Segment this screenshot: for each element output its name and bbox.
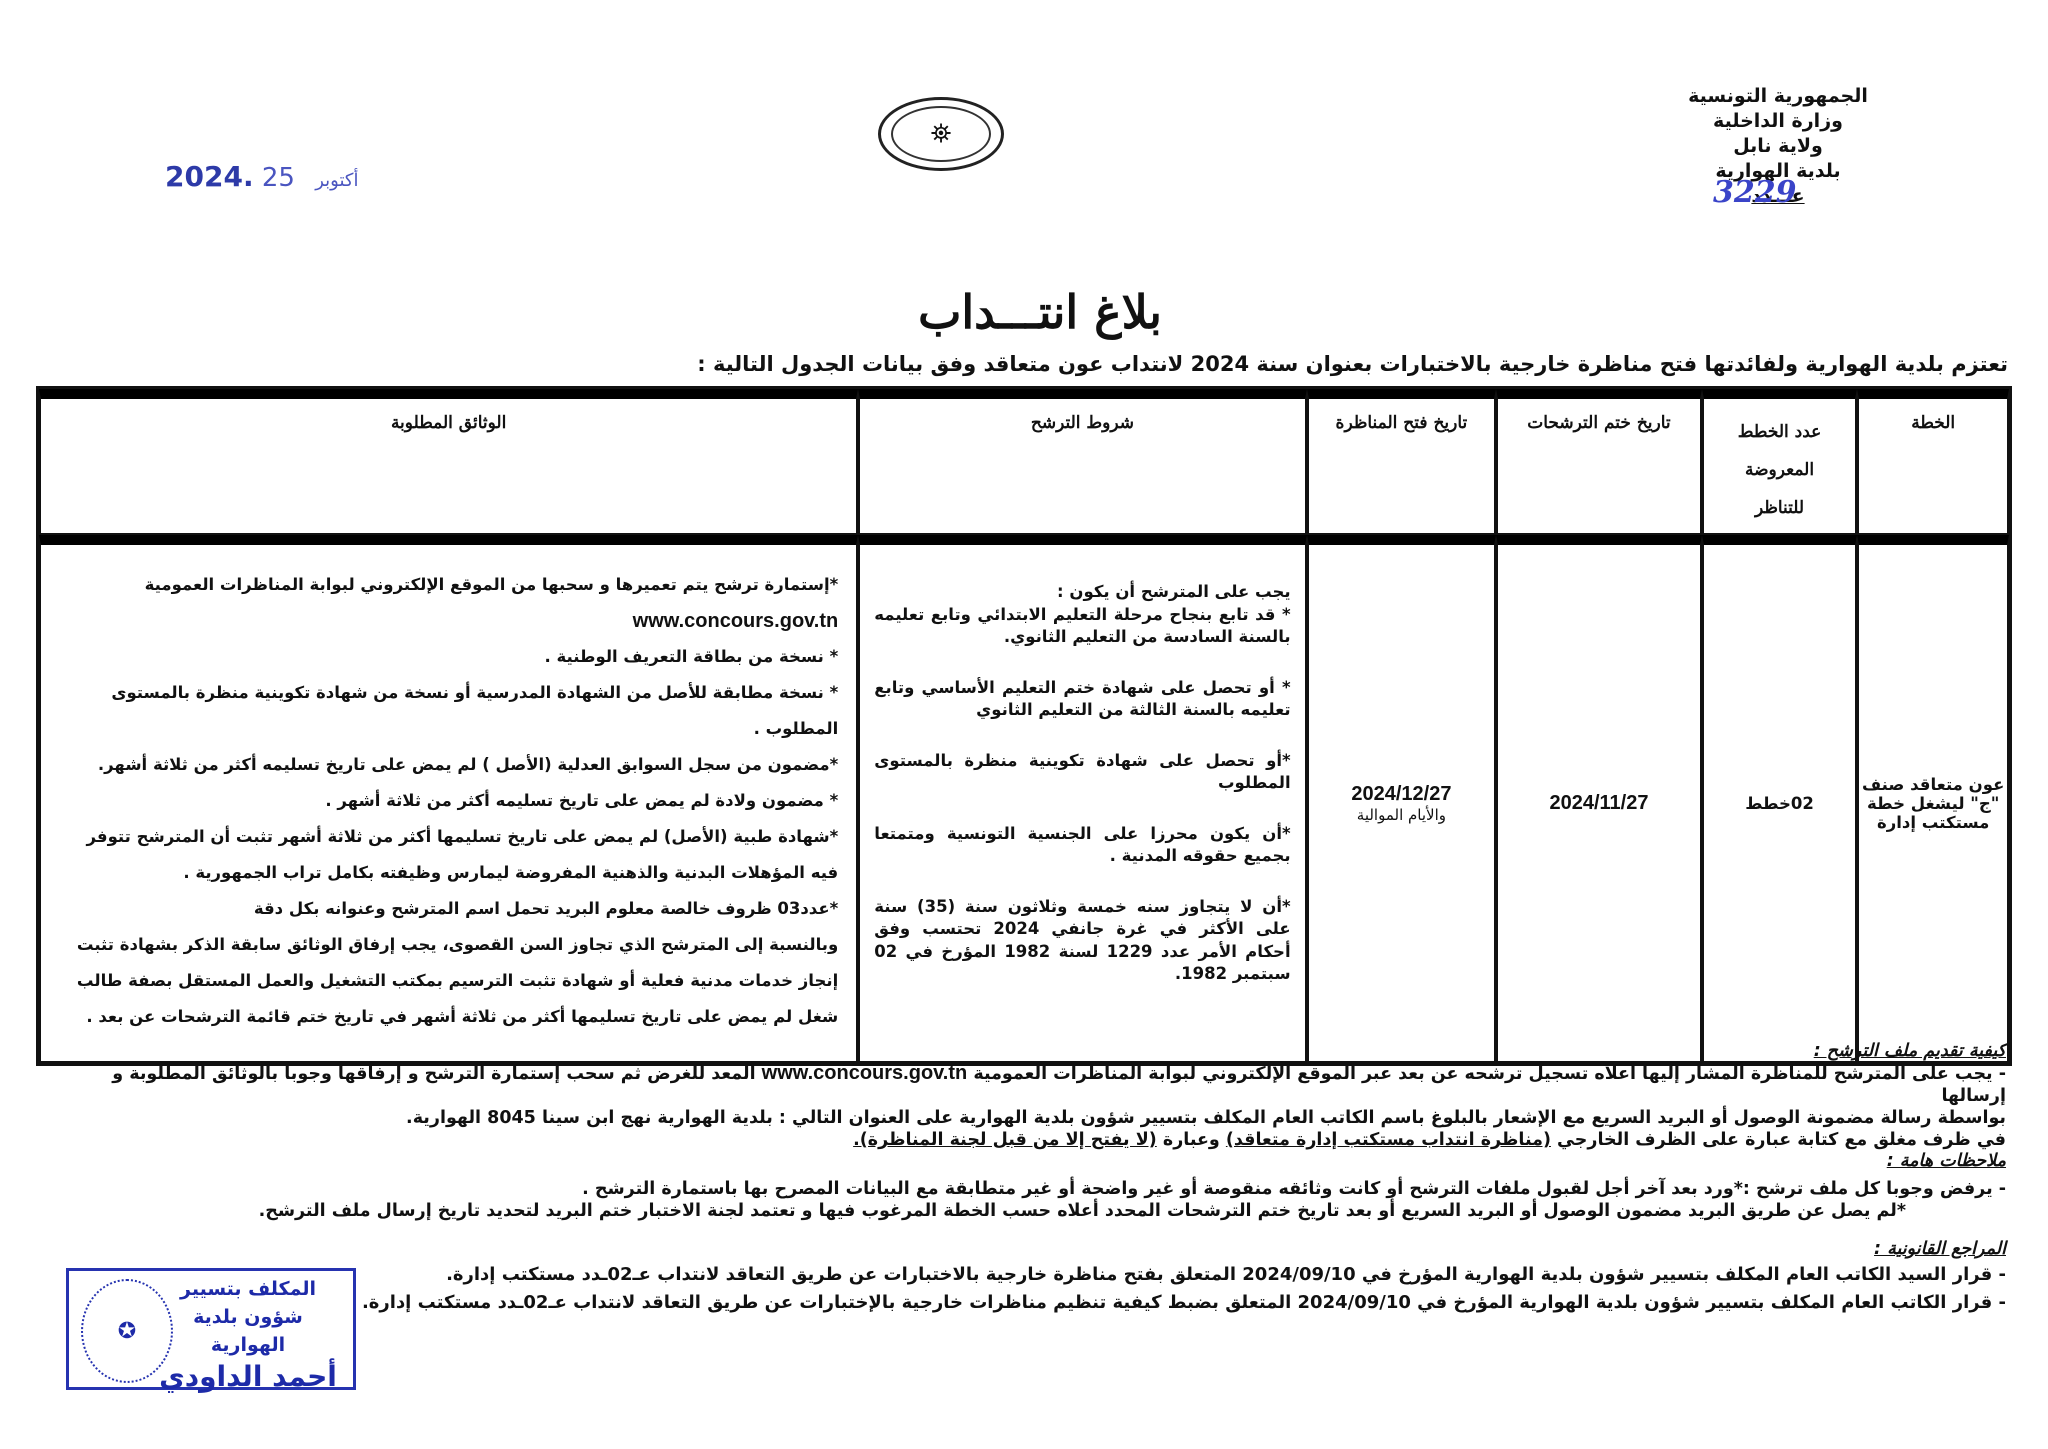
date-day: 25 [262, 163, 295, 193]
document-item: *شهادة طبية (الأصل) لم يمض على تاريخ تسل… [59, 819, 838, 891]
signature-name: أحمد الداودي [153, 1359, 343, 1395]
document-item: وبالنسبة إلى المترشح الذي تجاوز السن الق… [59, 927, 838, 1035]
document-item: *عدد03 ظروف خالصة معلوم البريد تحمل اسم … [59, 891, 838, 927]
condition-item: * أو تحصل على شهادة ختم التعليم الأساسي … [874, 677, 1290, 722]
date-stamp: 2024. أكتوبر 25 [165, 160, 370, 193]
header-plan-count: عدد الخطط المعروضة للتناظر [1702, 389, 1858, 535]
header-plan-count-line: المعروضة [1714, 451, 1846, 489]
cell-close-date: 2024/11/27 [1496, 535, 1702, 1063]
condition-item: يجب على المترشح أن يكون : * قد تابع بنجا… [874, 581, 1290, 649]
condition-item: *أن يكون محرزا على الجنسية التونسية ومتم… [874, 823, 1290, 868]
date-month: أكتوبر [315, 170, 358, 191]
letterhead-ministry: وزارة الداخلية [1658, 109, 1898, 134]
cell-documents: *إستمارة ترشح يتم تعميرها و سحبها من الم… [39, 535, 858, 1063]
header-conditions: شروط الترشح [858, 389, 1306, 535]
concours-url-link[interactable]: www.concours.gov.tn [59, 603, 838, 639]
condition-item: *أن لا يتجاوز سنه خمسة وثلاثون سنة (35) … [874, 896, 1290, 986]
condition-item: *أو تحصل على شهادة تكوينية منظرة بالمستو… [874, 750, 1290, 795]
document-item: *إستمارة ترشح يتم تعميرها و سحبها من الم… [59, 567, 838, 603]
concours-url-link[interactable]: www.concours.gov.tn [762, 1062, 968, 1084]
signature-title: المكلف بتسيير [153, 1275, 343, 1303]
document-item: * مضمون ولادة لم يمض على تاريخ تسليمه أك… [59, 783, 838, 819]
open-date-value: 2024/12/27 [1310, 783, 1494, 806]
letterhead: الجمهورية التونسية وزارة الداخلية ولاية … [1658, 84, 1898, 209]
date-year: 2024 [165, 160, 243, 193]
letterhead-governorate: ولاية نابل [1658, 134, 1898, 159]
open-date-note: والأيام الموالية [1310, 806, 1494, 824]
envelope-label-1: (مناظرة انتداب مستكتب إدارة متعاقد) [1226, 1130, 1551, 1150]
envelope-label-2: (لا يفتح إلا من قبل لجنة المناظرة). [853, 1130, 1157, 1150]
letterhead-country: الجمهورية التونسية [1658, 84, 1898, 109]
submission-title: كيفية تقديم ملف الترشح : [46, 1040, 2006, 1062]
submission-text: في ظرف مغلق مع كتابة عبارة على الظرف الخ… [1557, 1130, 2006, 1150]
submission-text: - يجب على المترشح للمناظرة المشار إليها … [973, 1064, 2006, 1084]
signature-text: المكلف بتسيير شؤون بلدية الهوارية أحمد ا… [153, 1275, 343, 1395]
notes-line-2: *لم يصل عن طريق البريد مضمون الوصول أو ا… [46, 1200, 2006, 1222]
reference-number: عـــدد 3229 [1658, 184, 1898, 209]
table-header-row: الخطة عدد الخطط المعروضة للتناظر تاريخ خ… [39, 389, 2009, 535]
municipal-emblem-icon: ⛯ [878, 97, 1004, 171]
header-plan-count-line: عدد الخطط [1714, 413, 1846, 451]
header-plan-count-line: للتناظر [1714, 489, 1846, 527]
document-item: *مضمون من سجل السوابق العدلية (الأصل ) ل… [59, 747, 838, 783]
submission-line-1: - يجب على المترشح للمناظرة المشار إليها … [46, 1062, 2006, 1107]
submission-section: كيفية تقديم ملف الترشح : - يجب على المتر… [46, 1040, 2006, 1151]
signature-office: شؤون بلدية الهوارية [153, 1303, 343, 1359]
submission-text: وعبارة [1163, 1130, 1220, 1150]
document-item: * نسخة مطابقة للأصل من الشهادة المدرسية … [59, 675, 838, 747]
notes-title: ملاحظات هامة : [46, 1150, 2006, 1172]
cell-conditions: يجب على المترشح أن يكون : * قد تابع بنجا… [858, 535, 1306, 1063]
legal-references-title: المراجع القانونية : [46, 1238, 2006, 1260]
header-close-date: تاريخ ختم الترشحات [1496, 389, 1702, 535]
page-title: بلاغ انتـــداب [780, 285, 1300, 339]
recruitment-table: الخطة عدد الخطط المعروضة للتناظر تاريخ خ… [36, 386, 2012, 1066]
cell-open-date: 2024/12/27 والأيام الموالية [1307, 535, 1497, 1063]
table-row: عون متعاقد صنف "ج" ليشغل خطة مستكتب إدار… [39, 535, 2009, 1063]
notes-line-1: - يرفض وجوبا كل ملف ترشح :*ورد بعد آخر أ… [46, 1178, 2006, 1200]
reference-handwritten: 3229 [1713, 180, 1797, 205]
header-documents: الوثائق المطلوبة [39, 389, 858, 535]
intro-paragraph: تعتزم بلدية الهوارية ولفائدتها فتح مناظر… [48, 352, 2008, 376]
submission-line-2: بواسطة رسالة مضمونة الوصول أو البريد الس… [46, 1107, 2006, 1129]
header-plan: الخطة [1857, 389, 2009, 535]
signature-stamp: ✪ المكلف بتسيير شؤون بلدية الهوارية أحمد… [66, 1268, 356, 1390]
notes-section: ملاحظات هامة : - يرفض وجوبا كل ملف ترشح … [46, 1150, 2006, 1222]
cell-plan: عون متعاقد صنف "ج" ليشغل خطة مستكتب إدار… [1857, 535, 2009, 1063]
header-open-date: تاريخ فتح المناظرة [1307, 389, 1497, 535]
document-item: * نسخة من بطاقة التعريف الوطنية . [59, 639, 838, 675]
submission-line-3: في ظرف مغلق مع كتابة عبارة على الظرف الخ… [46, 1129, 2006, 1151]
cell-plan-count: 02خطط [1702, 535, 1858, 1063]
lighthouse-icon: ⛯ [891, 106, 991, 162]
